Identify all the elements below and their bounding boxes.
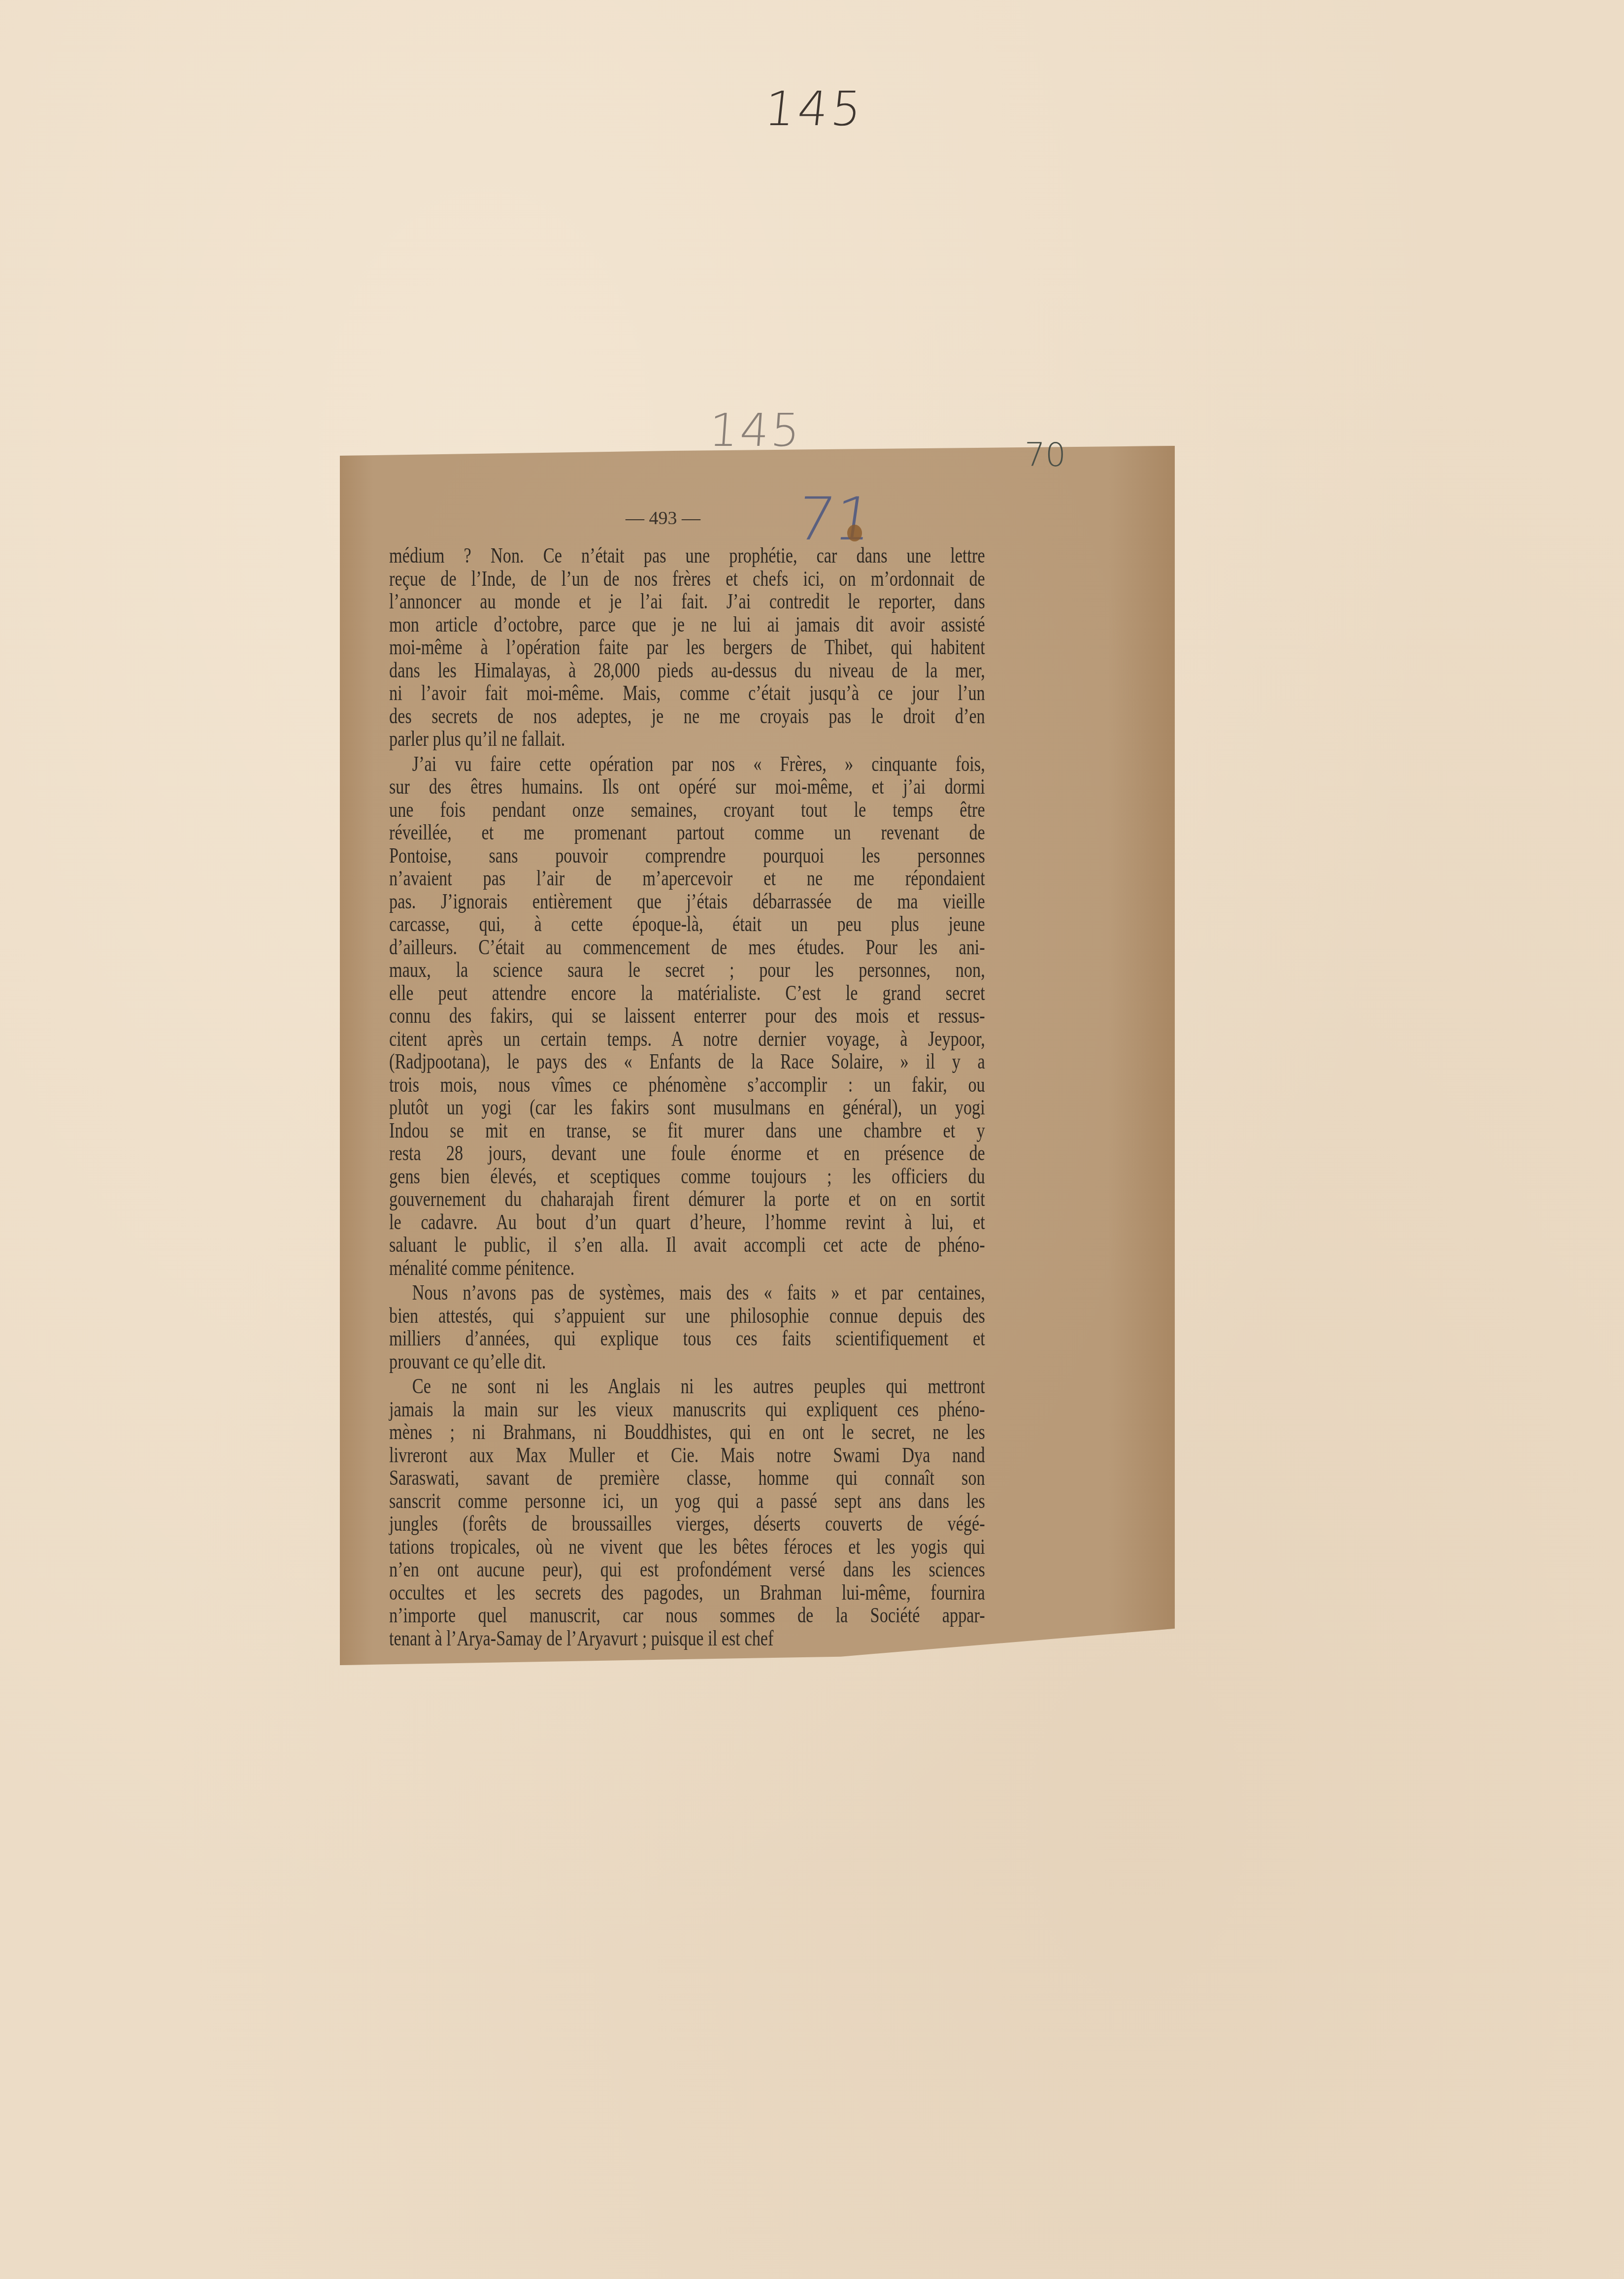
text-line: Pontoise, sans pouvoir comprendre pourqu…	[389, 844, 985, 868]
text-line: l’annoncer au monde et je l’ai fait. J’a…	[389, 590, 985, 613]
ink-stain	[847, 525, 862, 541]
text-line: prouvant ce qu’elle dit.	[389, 1350, 985, 1374]
text-line: tations tropicales, où ne vivent que les…	[389, 1536, 985, 1559]
text-line: milliers d’années, qui explique tous ces…	[389, 1327, 985, 1350]
text-line: citent après un certain temps. A notre d…	[389, 1028, 985, 1051]
text-line: Ce ne sont ni les Anglais ni les autres …	[389, 1375, 985, 1398]
text-line: réveillée, et me promenant partout comme…	[389, 821, 985, 844]
text-line: trois mois, nous vîmes ce phénomène s’ac…	[389, 1073, 985, 1097]
text-line: n’importe quel manuscrit, car nous somme…	[389, 1604, 985, 1627]
text-line: pas. J’ignorais entièrement que j’étais …	[389, 890, 985, 913]
corner-pencil-mark: 70	[1025, 436, 1066, 474]
text-line: maux, la science saura le secret ; pour …	[389, 959, 985, 982]
text-line: jungles (forêts de broussailles vierges,…	[389, 1512, 985, 1536]
text-line: médium ? Non. Ce n’était pas une prophét…	[389, 544, 985, 568]
text-line: Indou se mit en transe, se fit murer dan…	[389, 1119, 985, 1142]
text-line: Saraswati, savant de première classe, ho…	[389, 1467, 985, 1490]
text-line: occultes et les secrets des pagodes, un …	[389, 1581, 985, 1605]
text-line: sanscrit comme personne ici, un yog qui …	[389, 1490, 985, 1513]
text-line: livreront aux Max Muller et Cie. Mais no…	[389, 1444, 985, 1467]
text-line: reçue de l’Inde, de l’un de nos frères e…	[389, 568, 985, 591]
text-line: gens bien élevés, et sceptiques comme to…	[389, 1165, 985, 1188]
text-line: une fois pendant onze semaines, croyant …	[389, 799, 985, 822]
text-line: n’avaient pas l’air de m’apercevoir et n…	[389, 867, 985, 890]
printed-page-number: — 493 —	[626, 507, 700, 529]
pencil-folio-number: 145	[707, 404, 803, 457]
text-line: resta 28 jours, devant une foule énorme …	[389, 1142, 985, 1165]
text-line: saluant le public, il s’en alla. Il avai…	[389, 1234, 985, 1257]
text-line: ni l’avoir fait moi-même. Mais, comme c’…	[389, 682, 985, 705]
handwritten-folio-number: 145	[762, 81, 867, 136]
text-line: gouvernement du chaharajah firent démure…	[389, 1188, 985, 1211]
text-line: jamais la main sur les vieux manuscrits …	[389, 1398, 985, 1421]
text-line: (Radjpootana), le pays des « Enfants de …	[389, 1050, 985, 1073]
text-line: sur des êtres humains. Ils ont opéré sur…	[389, 775, 985, 799]
text-line: tenant à l’Arya-Samay de l’Aryavurt ; pu…	[389, 1627, 985, 1650]
text-line: connu des fakirs, qui se laissent enterr…	[389, 1005, 985, 1028]
text-line: des secrets de nos adeptes, je ne me cro…	[389, 705, 985, 728]
text-line: le cadavre. Au bout d’un quart d’heure, …	[389, 1211, 985, 1234]
text-line: mon article d’octobre, parce que je ne l…	[389, 613, 985, 637]
text-line: elle peut attendre encore la matérialist…	[389, 982, 985, 1005]
text-line: dans les Himalayas, à 28,000 pieds au-de…	[389, 659, 985, 682]
text-line: d’ailleurs. C’était au commencement de m…	[389, 936, 985, 959]
text-line: moi-même à l’opération faite par les ber…	[389, 636, 985, 659]
text-line: n’en ont aucune peur), qui est profondém…	[389, 1558, 985, 1581]
text-line: Nous n’avons pas de systèmes, mais des «…	[389, 1281, 985, 1305]
text-line: carcasse, qui, à cette époque-là, était …	[389, 913, 985, 936]
text-line: ménalité comme pénitence.	[389, 1257, 985, 1280]
text-line: parler plus qu’il ne fallait.	[389, 728, 985, 751]
article-body: médium ? Non. Ce n’était pas une prophét…	[389, 544, 985, 1650]
text-line: J’ai vu faire cette opération par nos « …	[389, 753, 985, 776]
text-line: mènes ; ni Brahmans, ni Bouddhistes, qui…	[389, 1421, 985, 1444]
text-line: plutôt un yogi (car les fakirs sont musu…	[389, 1096, 985, 1119]
text-line: bien attestés, qui s’appuient sur une ph…	[389, 1305, 985, 1328]
